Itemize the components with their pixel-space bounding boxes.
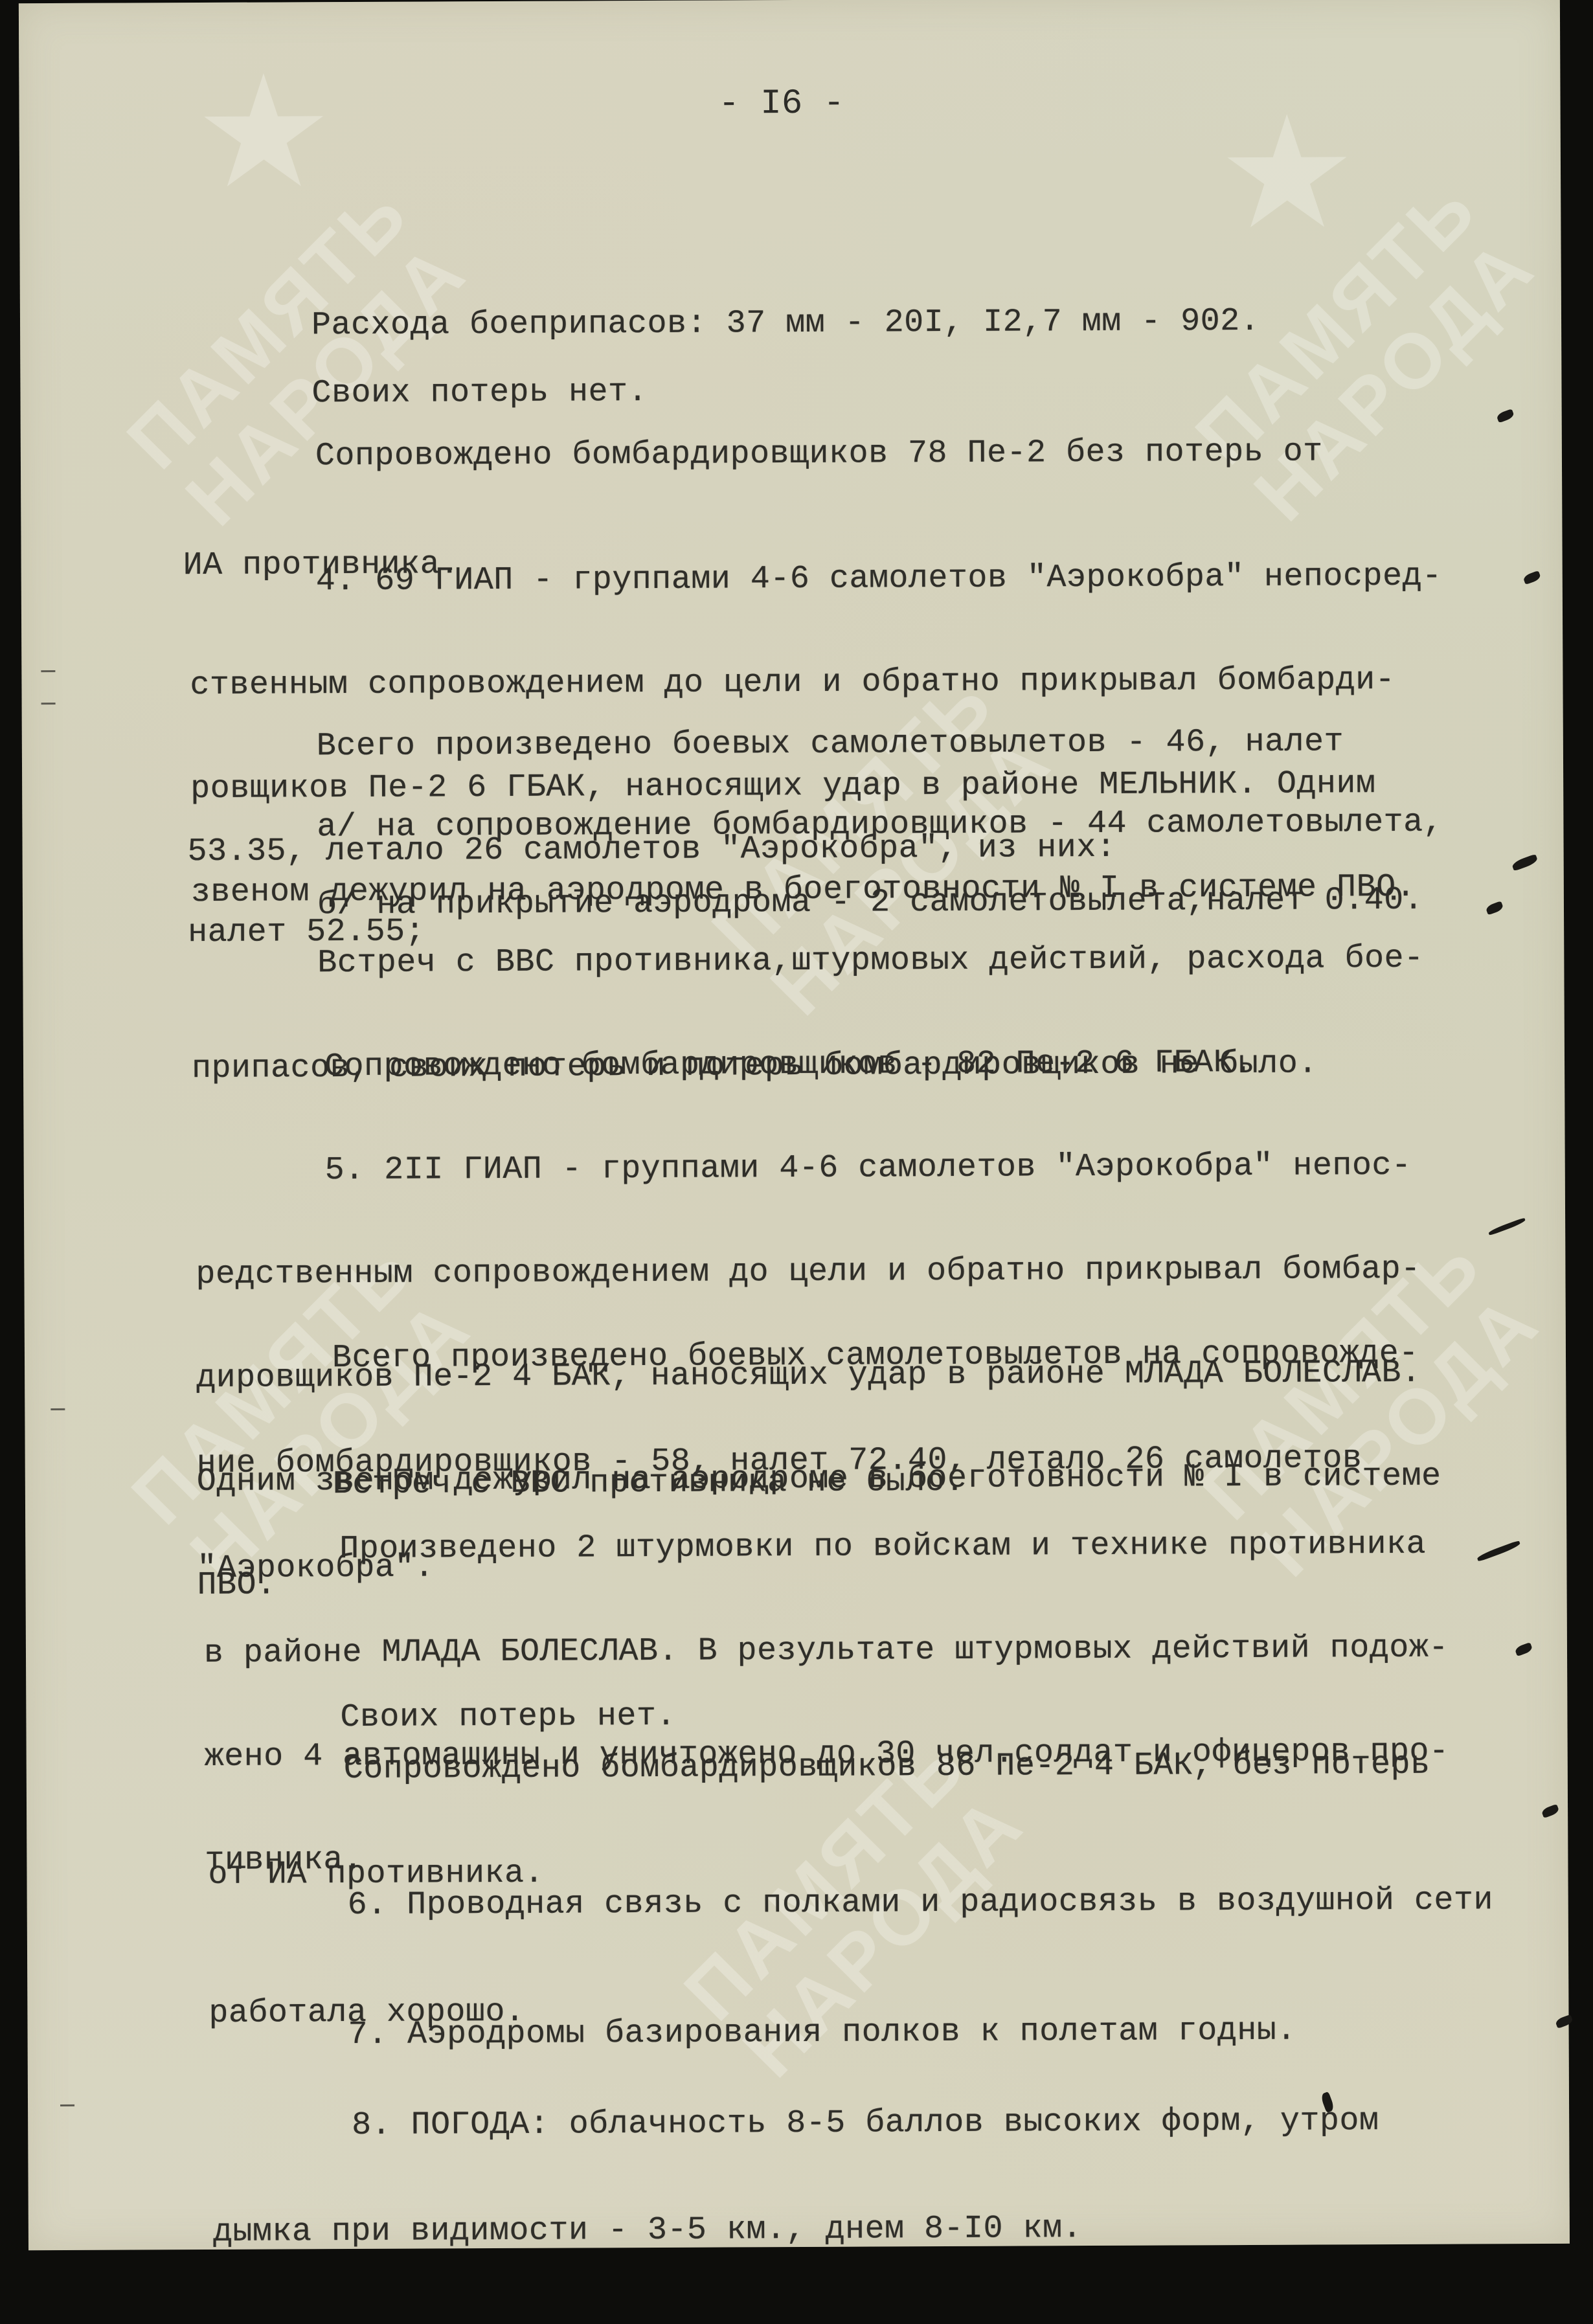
paper-damage	[1541, 1804, 1559, 1818]
paper-damage	[1555, 2014, 1574, 2029]
text-line: 6. Проводная связь с полками и радиосвяз…	[189, 1882, 1504, 1924]
text-line: 5. 2II ГИАП - группами 4-6 самолетов "Аэ…	[186, 1147, 1500, 1190]
page-number: - I6 -	[718, 84, 844, 124]
document-body: Расхода боеприпасов: 37 мм - 20I, I2,7 м…	[181, 0, 1495, 3]
margin-mark	[60, 2104, 74, 2106]
paper-sheet: ★ ★ ПАМЯТЬНАРОДА ПАМЯТЬНАРОДА ПАМЯТЬНАРО…	[19, 0, 1570, 2250]
paragraph-item-8: 8. ПОГОДА: облачность 8-5 баллов высоких…	[190, 2030, 1506, 2266]
star-watermark-icon: ★	[194, 54, 333, 210]
text-line: Сопровождено бомбардировщиков 78 Пе-2 бе…	[183, 433, 1497, 475]
paper-damage	[1511, 854, 1538, 872]
paper-damage	[1514, 1642, 1533, 1656]
text-line: Всего произведено боевых самолетовылетов…	[186, 1335, 1501, 1377]
margin-mark	[51, 1408, 65, 1410]
text-line: Сопровождено бомбардировщиков 86 Пе-2 4 …	[188, 1746, 1503, 1788]
text-line: дымка при видимости - 3-5 км., днем 8-I0…	[190, 2209, 1505, 2251]
paper-damage	[1522, 570, 1541, 585]
text-line: 8. ПОГОДА: облачность 8-5 баллов высоких…	[190, 2103, 1504, 2145]
margin-mark	[41, 670, 55, 672]
text-line: Произведено 2 штурмовки по войскам и тех…	[187, 1526, 1502, 1568]
paper-damage	[1496, 409, 1515, 423]
text-line: 4. 69 ГИАП - группами 4-6 самолетов "Аэр…	[183, 558, 1498, 600]
margin-mark	[41, 703, 56, 705]
star-watermark-icon: ★	[1217, 95, 1357, 251]
scanned-page: ★ ★ ПАМЯТЬНАРОДА ПАМЯТЬНАРОДА ПАМЯТЬНАРО…	[0, 0, 1593, 2266]
